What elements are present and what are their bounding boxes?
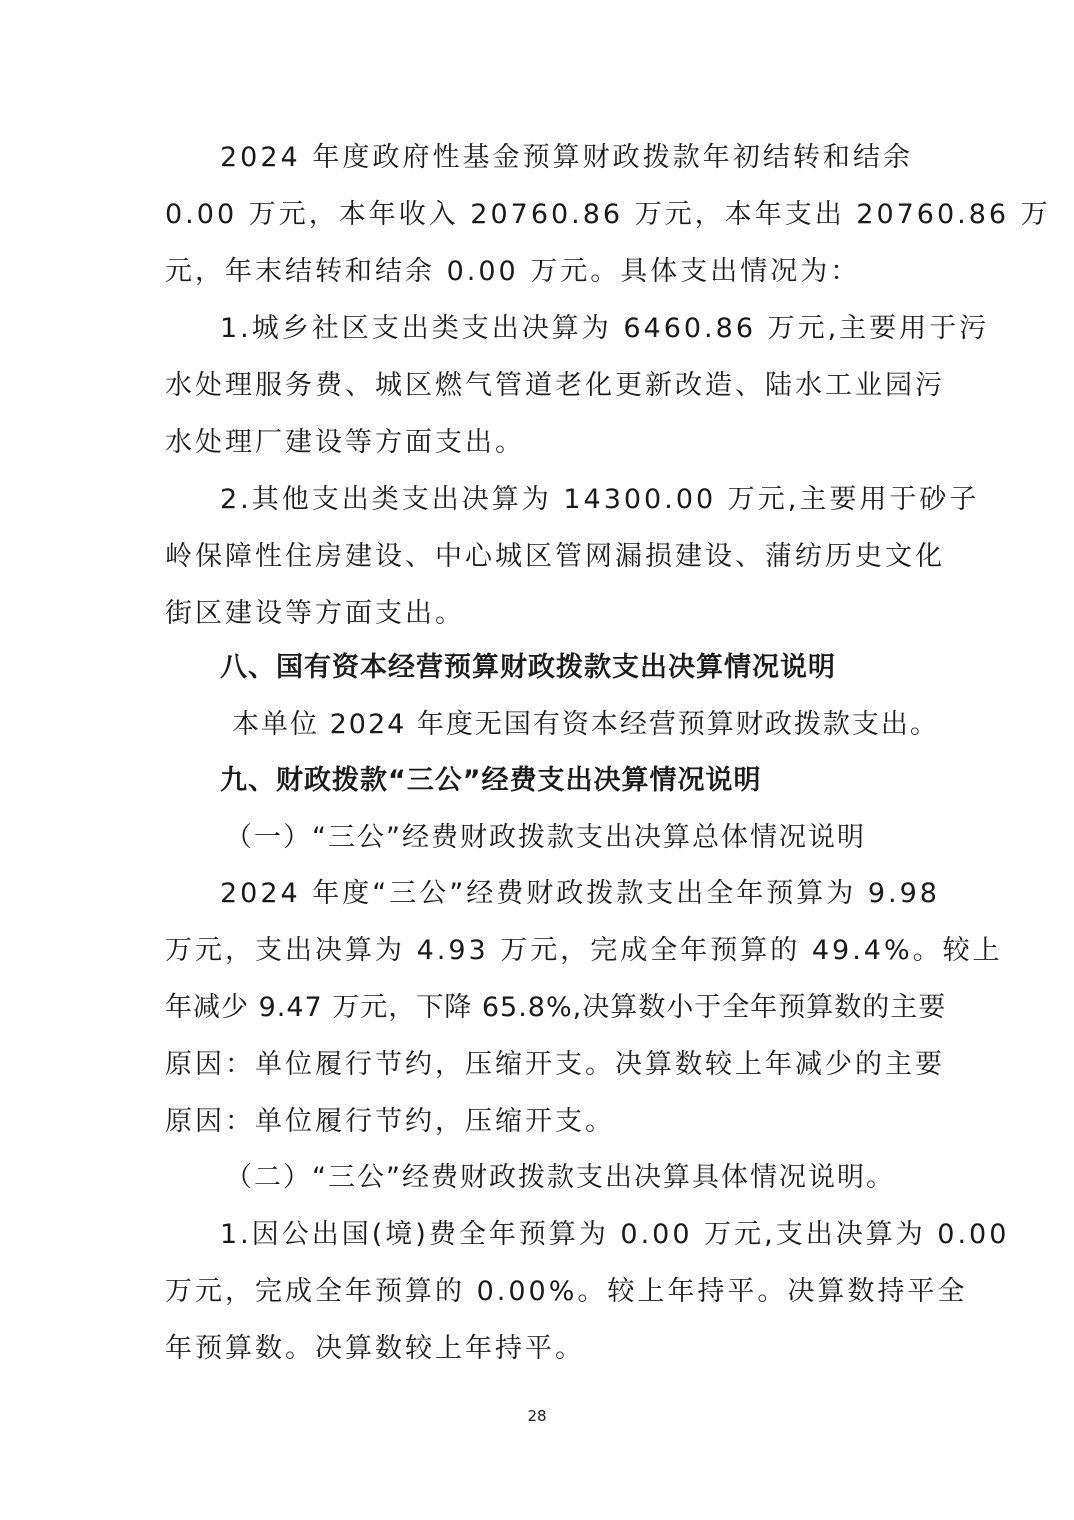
item-2-other-line-3: 街区建设等方面支出。 <box>165 596 913 632</box>
section-9-1-line-1: 2024 年度“三公”经费财政拨款支出全年预算为 9.98 <box>220 876 913 912</box>
section-9-1-line-4: 原因：单位履行节约，压缩开支。决算数较上年减少的主要 <box>165 1047 913 1083</box>
section-9-2-item-1-line-1: 1.因公出国(境)费全年预算为 0.00 万元,支出决算为 0.00 <box>220 1217 913 1253</box>
item-2-other-line-2: 岭保障性住房建设、中心城区管网漏损建设、蒲纺历史文化 <box>165 539 913 575</box>
gov-fund-intro-line-1: 2024 年度政府性基金预算财政拨款年初结转和结余 <box>220 140 913 176</box>
section-9-1-subheading: （一）“三公”经费财政拨款支出决算总体情况说明 <box>225 820 913 856</box>
page-number: 28 <box>0 1407 1074 1425</box>
gov-fund-intro-line-2: 0.00 万元，本年收入 20760.86 万元，本年支出 20760.86 万 <box>165 197 913 233</box>
item-1-urban-line-3: 水处理厂建设等方面支出。 <box>165 425 913 461</box>
item-1-urban-line-2: 水处理服务费、城区燃气管道老化更新改造、陆水工业园污 <box>165 368 913 404</box>
section-9-1-line-3: 年减少 9.47 万元，下降 65.8%,决算数小于全年预算数的主要 <box>165 990 913 1026</box>
item-1-urban-line-1: 1.城乡社区支出类支出决算为 6460.86 万元,主要用于污 <box>220 311 913 347</box>
section-9-2-subheading: （二）“三公”经费财政拨款支出决算具体情况说明。 <box>225 1160 913 1196</box>
section-9-2-item-1-line-2: 万元，完成全年预算的 0.00%。较上年持平。决算数持平全 <box>165 1274 913 1310</box>
gov-fund-intro-line-3: 元，年末结转和结余 0.00 万元。具体支出情况为： <box>165 254 913 290</box>
item-2-other-line-1: 2.其他支出类支出决算为 14300.00 万元,主要用于砂子 <box>220 482 913 518</box>
section-9-2-item-1-line-3: 年预算数。决算数较上年持平。 <box>165 1331 913 1367</box>
section-9-1-line-2: 万元，支出决算为 4.93 万元，完成全年预算的 49.4%。较上 <box>165 933 913 969</box>
section-8-body: 本单位 2024 年度无国有资本经营预算财政拨款支出。 <box>232 707 913 743</box>
section-8-heading: 八、国有资本经营预算财政拨款支出决算情况说明 <box>220 650 836 686</box>
document-page: 2024 年度政府性基金预算财政拨款年初结转和结余 0.00 万元，本年收入 2… <box>0 0 1074 1520</box>
section-9-heading: 九、财政拨款“三公”经费支出决算情况说明 <box>220 763 762 799</box>
section-9-1-line-5: 原因：单位履行节约，压缩开支。 <box>165 1104 913 1140</box>
